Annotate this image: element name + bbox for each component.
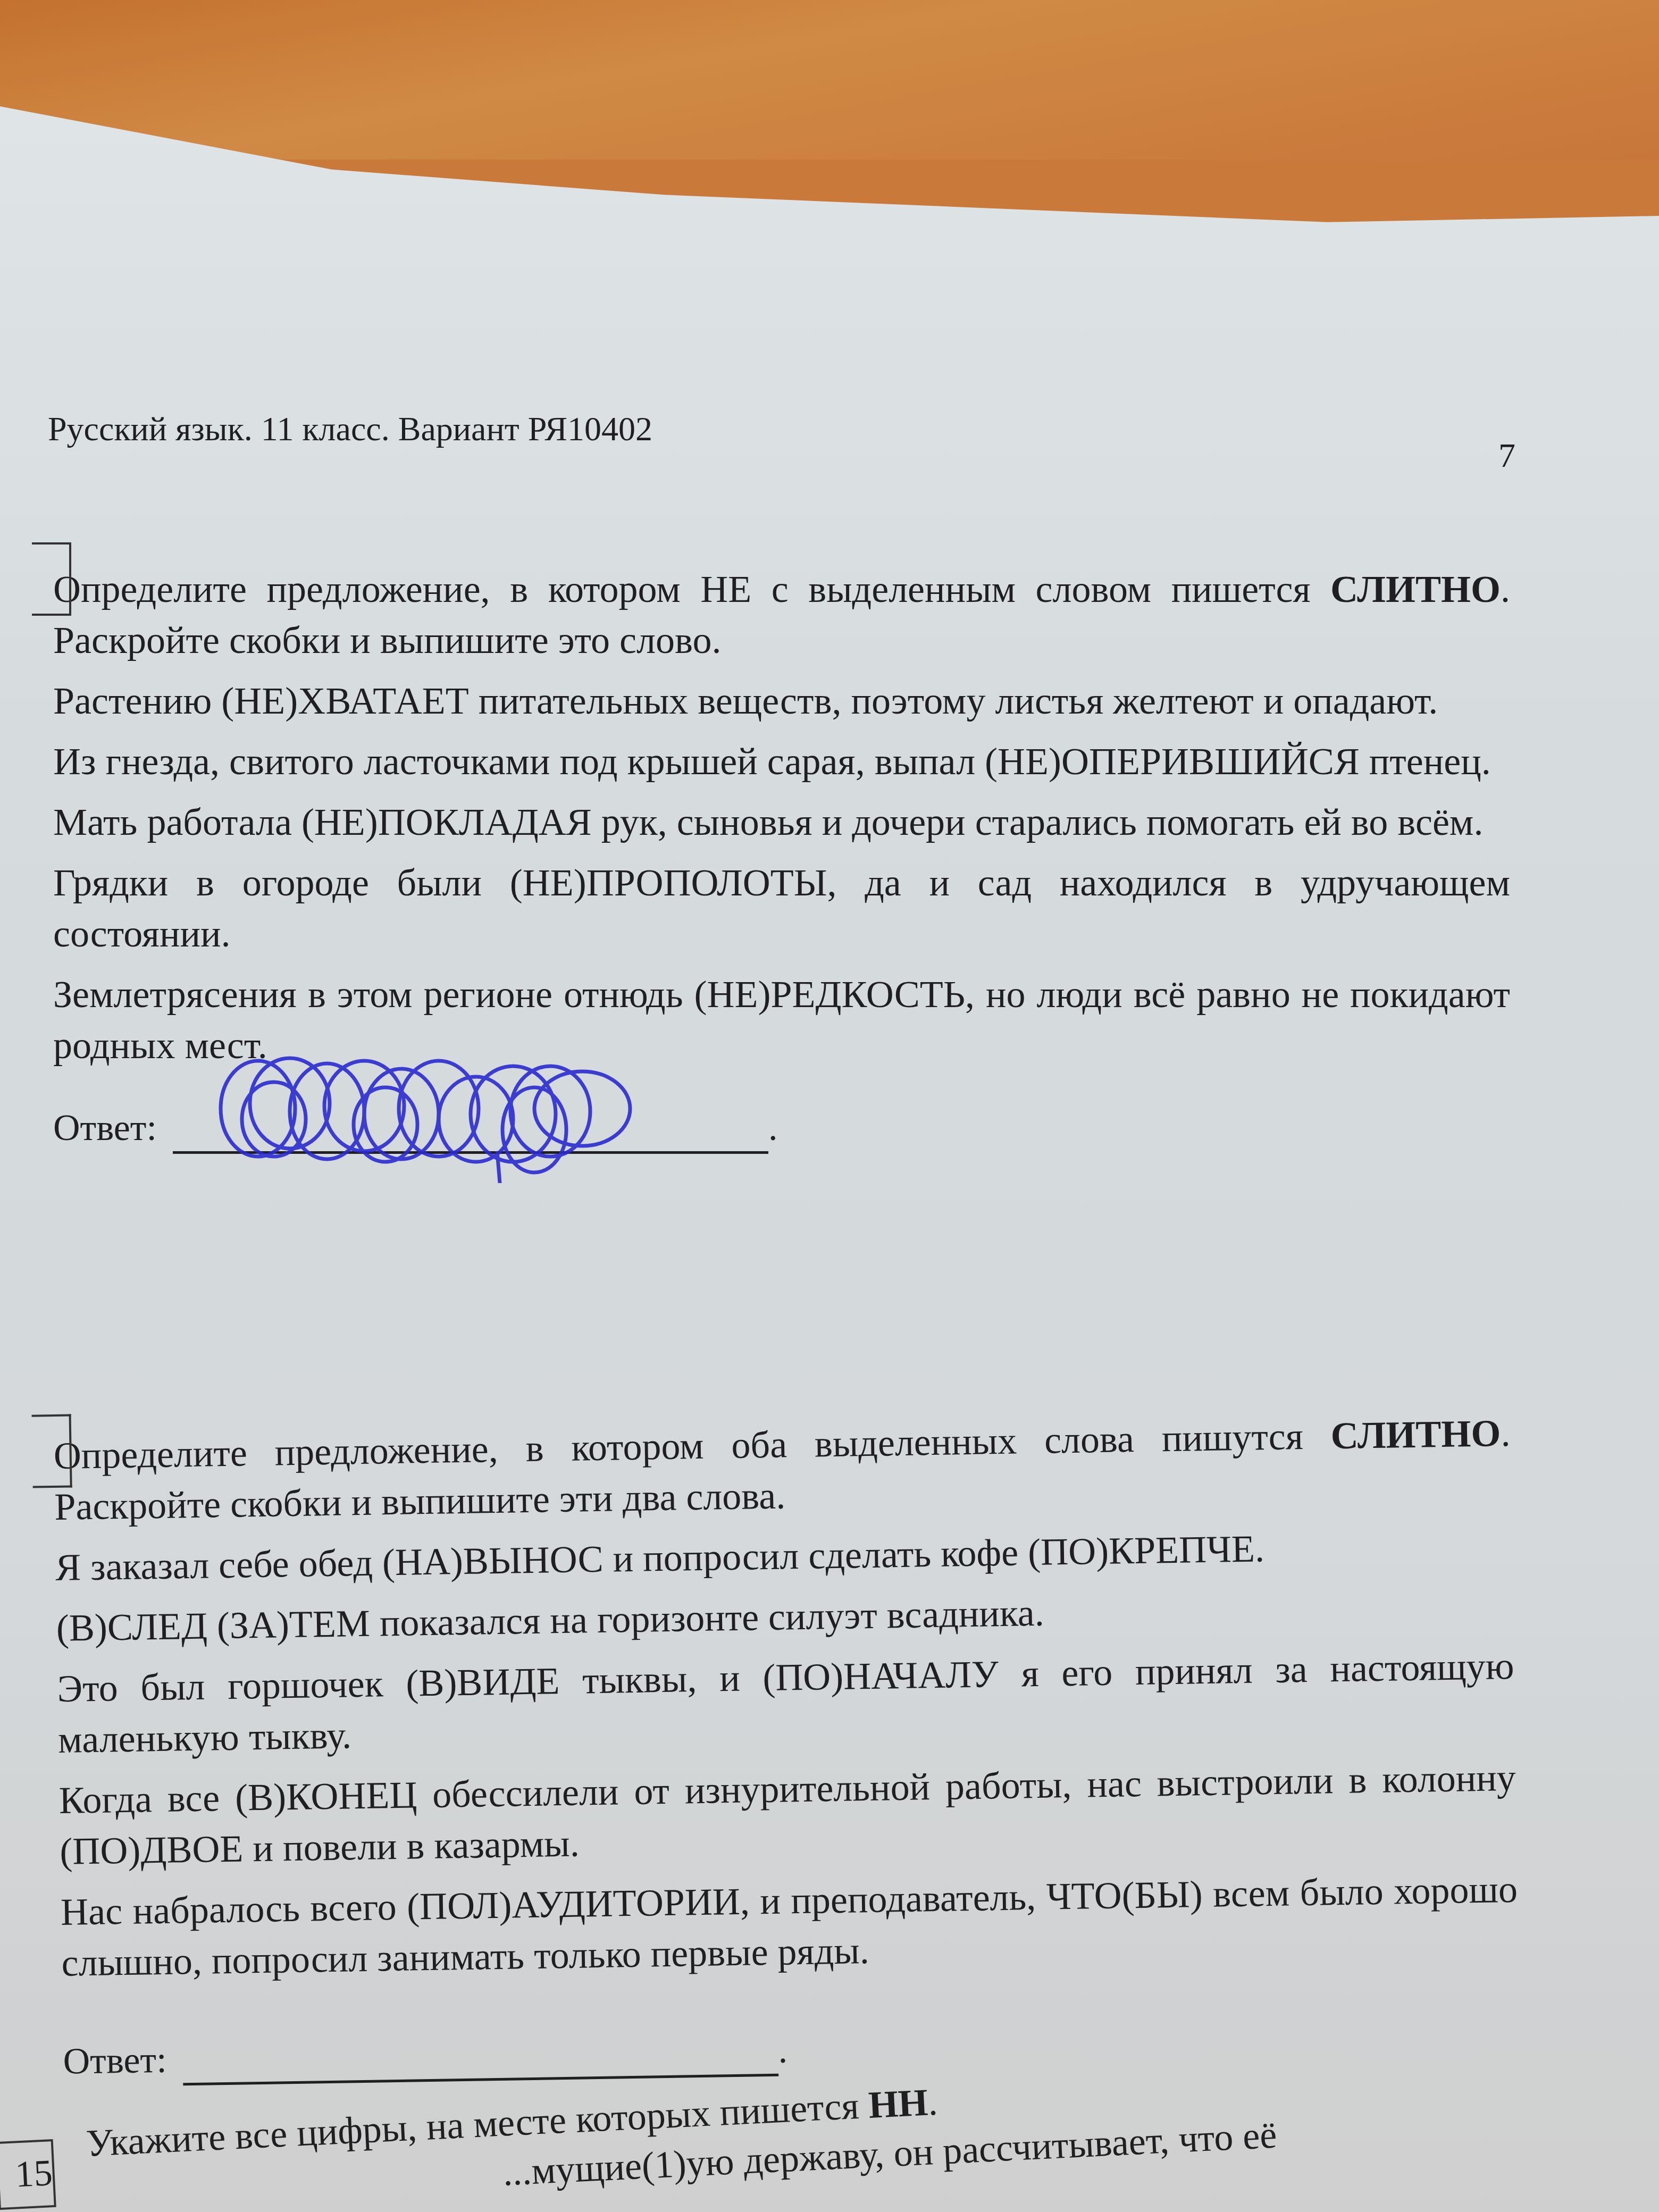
desk-background xyxy=(0,0,1659,160)
page-header: Русский язык. 11 класс. Вариант РЯ10402 … xyxy=(48,409,1515,475)
sentence: Когда все (В)КОНЕЦ обессилели от изнурит… xyxy=(58,1752,1517,1877)
answer-period: . xyxy=(778,2025,788,2076)
instruction-bold: СЛИТНО xyxy=(1330,1412,1501,1457)
instruction-text: . xyxy=(927,2081,939,2124)
answer-label: Ответ: xyxy=(53,1103,157,1154)
page-number: 7 xyxy=(1498,436,1515,475)
sentence: Из гнезда, свитого ласточками под крышей… xyxy=(53,736,1510,787)
task-number: 15 xyxy=(14,2152,54,2195)
task-number-box: 15 xyxy=(0,2139,56,2210)
answer-label: Ответ: xyxy=(63,2035,167,2088)
answer-field[interactable] xyxy=(173,1119,768,1154)
task-instruction: Определите предложение, в котором НЕ с в… xyxy=(53,564,1510,666)
page-title: Русский язык. 11 класс. Вариант РЯ10402 xyxy=(48,409,652,475)
sentence: Я заказал себе обед (НА)ВЫНОС и попросил… xyxy=(55,1519,1512,1593)
answer-row: Ответ: xyxy=(53,1103,1510,1154)
sentence: Это был горшочек (В)ВИДЕ тыквы, и (ПО)НА… xyxy=(57,1640,1515,1765)
task-number-box xyxy=(32,542,71,616)
sentence: Грядки в огороде были (НЕ)ПРОПОЛОТЫ, да … xyxy=(53,857,1510,959)
instruction-text: Определите предложение, в котором НЕ с в… xyxy=(53,568,1330,610)
sentence: Растению (НЕ)ХВАТАЕТ питательных веществ… xyxy=(53,675,1510,726)
task-13: Определите предложение, в котором НЕ с в… xyxy=(53,564,1510,1154)
task-14: Определите предложение, в котором оба вы… xyxy=(53,1407,1520,2088)
sentence: Нас набралось всего (ПОЛ)АУДИТОРИИ, и пр… xyxy=(60,1864,1519,1989)
instruction-bold: НН xyxy=(867,2081,929,2126)
sentence: (В)СЛЕД (ЗА)ТЕМ показался на горизонте с… xyxy=(56,1580,1513,1654)
sentence: Мать работала (НЕ)ПОКЛАДАЯ рук, сыновья … xyxy=(53,797,1510,848)
task-number-box xyxy=(32,1414,72,1488)
answer-period: . xyxy=(768,1103,778,1154)
ink-scribble-icon xyxy=(210,1045,667,1183)
instruction-bold: СЛИТНО xyxy=(1330,568,1501,610)
